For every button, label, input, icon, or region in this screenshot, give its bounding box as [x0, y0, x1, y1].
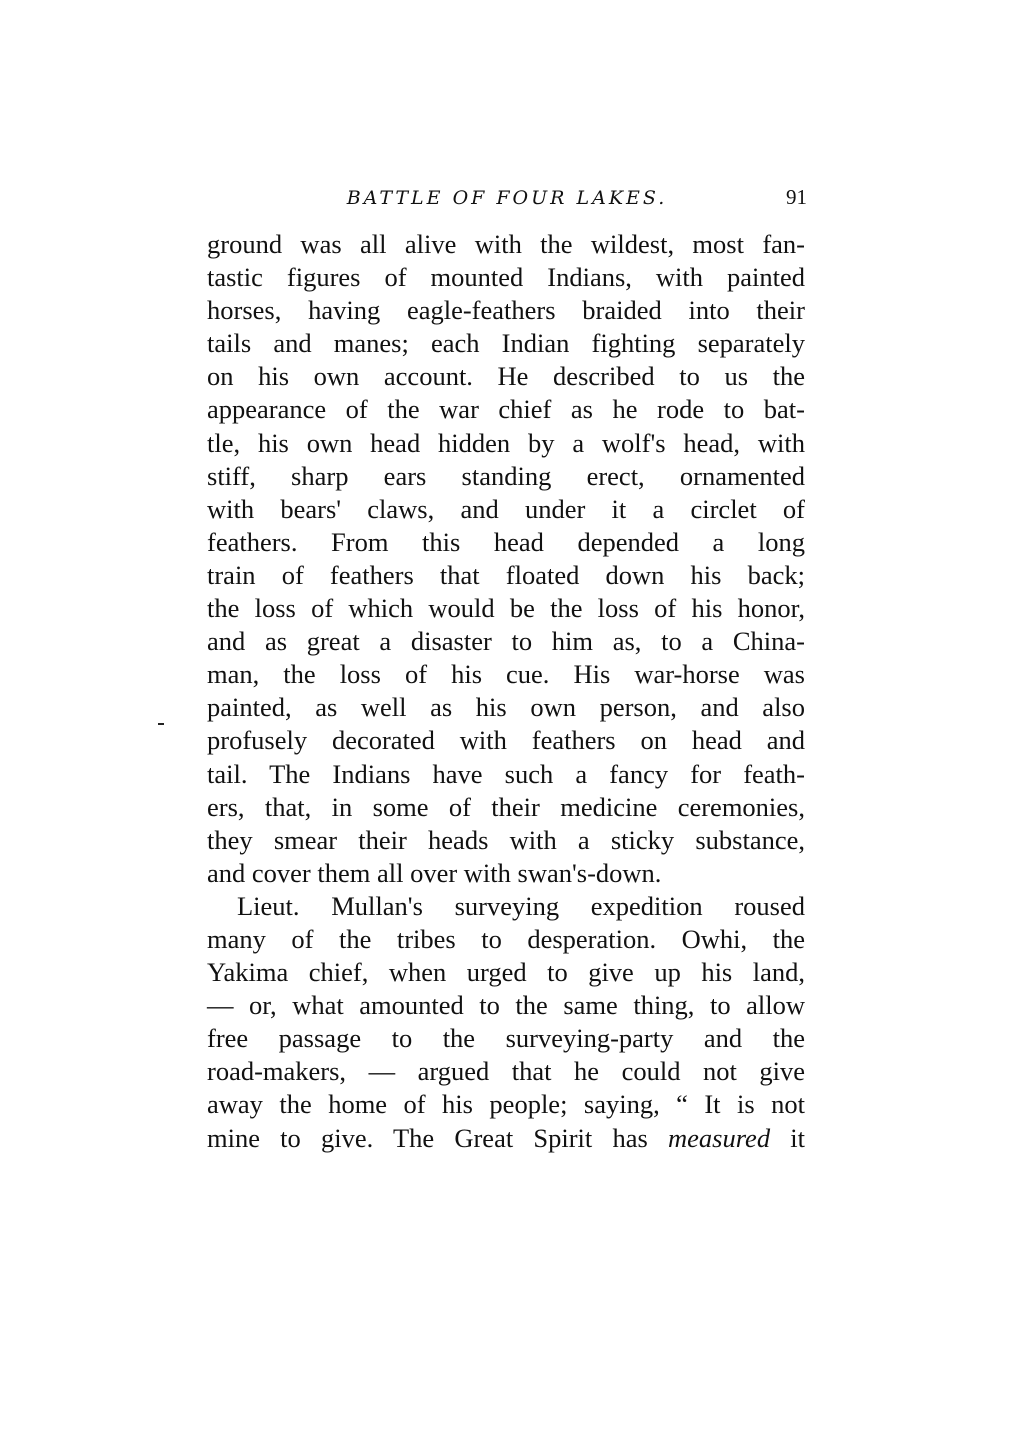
text-line: appearance of the war chief as he rode t… — [207, 393, 805, 426]
text-line: and cover them all over with swan's-down… — [207, 857, 805, 890]
page-number: 91 — [786, 185, 807, 210]
text-fragment: it — [770, 1123, 805, 1153]
text-line: feathers. From this head depended a long — [207, 526, 805, 559]
text-line: horses, having eagle-feathers braided in… — [207, 294, 805, 327]
text-line: train of feathers that floated down his … — [207, 559, 805, 592]
text-line: stiff, sharp ears standing erect, orname… — [207, 460, 805, 493]
text-fragment: mine to give. The Great Spirit has — [207, 1123, 648, 1153]
text-line: tails and manes; each Indian fighting se… — [207, 327, 805, 360]
text-line: profusely decorated with feathers on hea… — [207, 724, 805, 757]
text-line: road-makers, — argued that he could not … — [207, 1055, 805, 1088]
text-line: — or, what amounted to the same thing, t… — [207, 989, 805, 1022]
running-head: BATTLE OF FOUR LAKES. 91 — [207, 183, 807, 217]
text-line: tastic figures of mounted Indians, with … — [207, 261, 805, 294]
text-line: man, the loss of his cue. His war-horse … — [207, 658, 805, 691]
text-line: painted, as well as his own person, and … — [207, 691, 805, 724]
text-line: ground was all alive with the wildest, m… — [207, 228, 805, 261]
text-line: with bears' claws, and under it a circle… — [207, 493, 805, 526]
body-text: ground was all alive with the wildest, m… — [207, 228, 805, 1155]
text-line: the loss of which would be the loss of h… — [207, 592, 805, 625]
text-line: ers, that, in some of their medicine cer… — [207, 791, 805, 824]
text-line: tail. The Indians have such a fancy for … — [207, 758, 805, 791]
text-line: they smear their heads with a sticky sub… — [207, 824, 805, 857]
text-line: and as great a disaster to him as, to a … — [207, 625, 805, 658]
italic-word: measured — [668, 1123, 770, 1153]
text-line-final: mine to give. The Great Spirit has measu… — [207, 1122, 805, 1155]
text-line: away the home of his people; saying, “ I… — [207, 1088, 805, 1121]
text-line: tle, his own head hidden by a wolf's hea… — [207, 427, 805, 460]
text-line: many of the tribes to desperation. Owhi,… — [207, 923, 805, 956]
text-line: Lieut. Mullan's surveying expedition rou… — [207, 890, 805, 923]
text-line: on his own account. He described to us t… — [207, 360, 805, 393]
text-line: free passage to the surveying-party and … — [207, 1022, 805, 1055]
book-page: BATTLE OF FOUR LAKES. 91 ground was all … — [0, 0, 1010, 1447]
margin-mark — [158, 723, 164, 725]
text-line: Yakima chief, when urged to give up his … — [207, 956, 805, 989]
running-title: BATTLE OF FOUR LAKES. — [337, 187, 677, 209]
